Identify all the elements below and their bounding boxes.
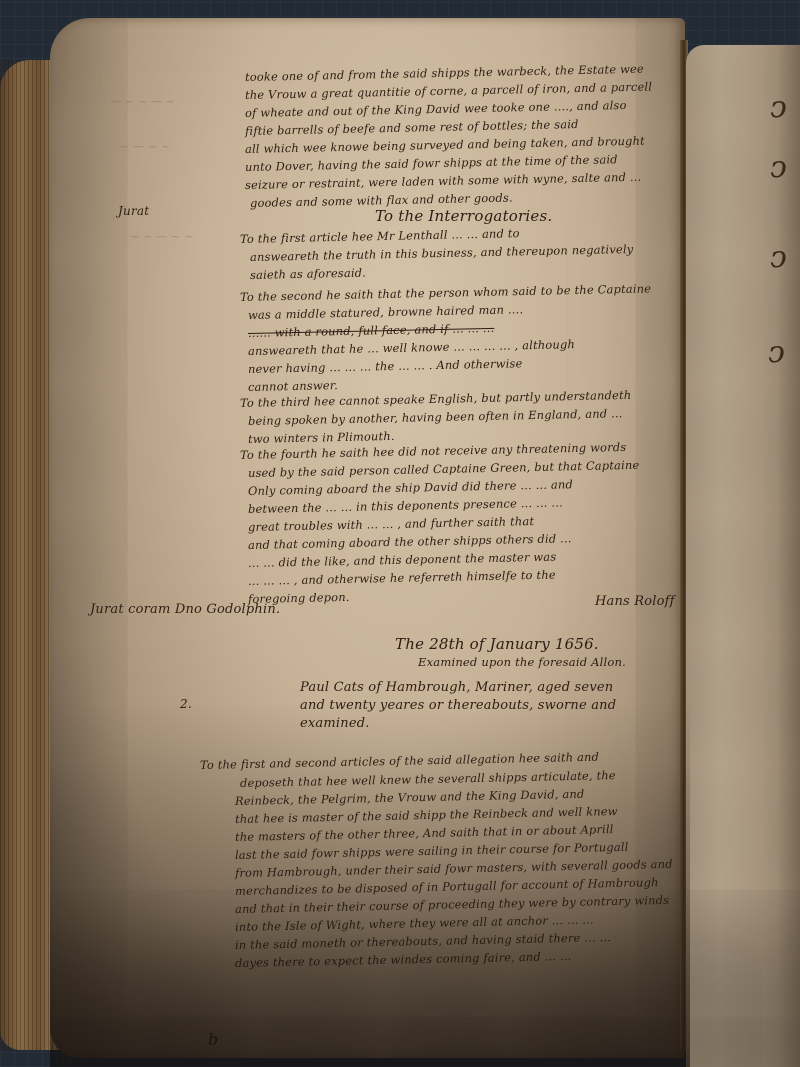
right-page-flourish: ↄ [770, 90, 787, 125]
manuscript-page-right [686, 45, 800, 1067]
text-line: examined. [300, 716, 370, 731]
right-page-flourish: ↄ [770, 240, 787, 275]
signature: Hans Roloff [595, 594, 675, 609]
bleed-through-text: ~ ~ — ~ ~ [130, 230, 194, 243]
bleed-through-text: — ~ ~ — ~ [110, 95, 175, 108]
margin-note-jurat-coram: Jurat coram Dno Godolphin. [90, 602, 280, 617]
text-line: cannot answer. [248, 378, 338, 394]
folio-mark: b [208, 1030, 218, 1049]
text-line: Paul Cats of Hambrough, Mariner, aged se… [300, 680, 613, 695]
date-subheading: Examined upon the foresaid Allon. [418, 655, 626, 669]
date-heading: The 28th of January 1656. [395, 635, 599, 653]
text-line: saieth as aforesaid. [250, 266, 366, 282]
section-heading: To the Interrogatories. [375, 207, 552, 225]
bleed-through-text: ~ — ~ ~ [120, 140, 171, 153]
margin-note-jurat: Jurat [118, 204, 149, 218]
right-page-flourish: ↄ [768, 335, 785, 370]
right-page-flourish: ↄ [770, 150, 787, 185]
text-line: and twenty yeares or thereabouts, sworne… [300, 698, 616, 713]
margin-number: 2. [180, 697, 192, 711]
